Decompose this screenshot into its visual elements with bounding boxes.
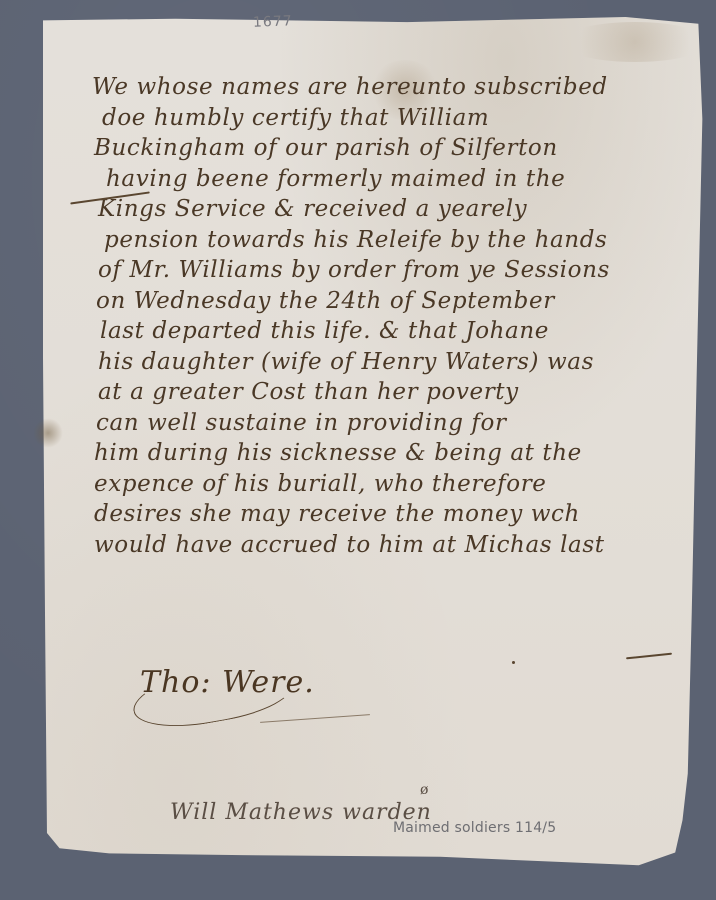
letter-body: We whose names are hereunto subscribed d… (92, 72, 682, 560)
letter-line: his daughter (wife of Henry Waters) was (98, 347, 688, 378)
signature: Tho: Were. (140, 665, 315, 700)
letter-line: Buckingham of our parish of Silferton (94, 133, 684, 164)
letter-line: Kings Service & received a yearely (98, 194, 688, 225)
ink-dot (512, 661, 515, 664)
edge-smudge (33, 418, 63, 448)
letter-line: expence of his buriall, who therefore (94, 469, 684, 500)
archive-number: 1677 (253, 13, 293, 30)
letter-line: pension towards his Releife by the hands (104, 225, 694, 256)
letter-line: We whose names are hereunto subscribed (92, 72, 682, 103)
water-stain (560, 22, 710, 62)
letter-line: last departed this life. & that Johane (100, 316, 690, 347)
letter-line: doe humbly certify that William (102, 103, 692, 134)
letter-line: of Mr. Williams by order from ye Session… (98, 255, 688, 286)
catalog-reference: Maimed soldiers 114/5 (393, 820, 556, 836)
letter-line: him during his sicknesse & being at the (94, 438, 684, 469)
letter-line: at a greater Cost than her poverty (98, 377, 688, 408)
letter-line: can well sustaine in providing for (96, 408, 686, 439)
letter-line: having beene formerly maimed in the (106, 164, 696, 195)
letter-line: would have accrued to him at Michas last (94, 530, 684, 561)
letter-line: desires she may receive the money wch (94, 499, 684, 530)
warden-mark: ø (420, 782, 428, 798)
letter-line: on Wednesday the 24th of September (96, 286, 686, 317)
